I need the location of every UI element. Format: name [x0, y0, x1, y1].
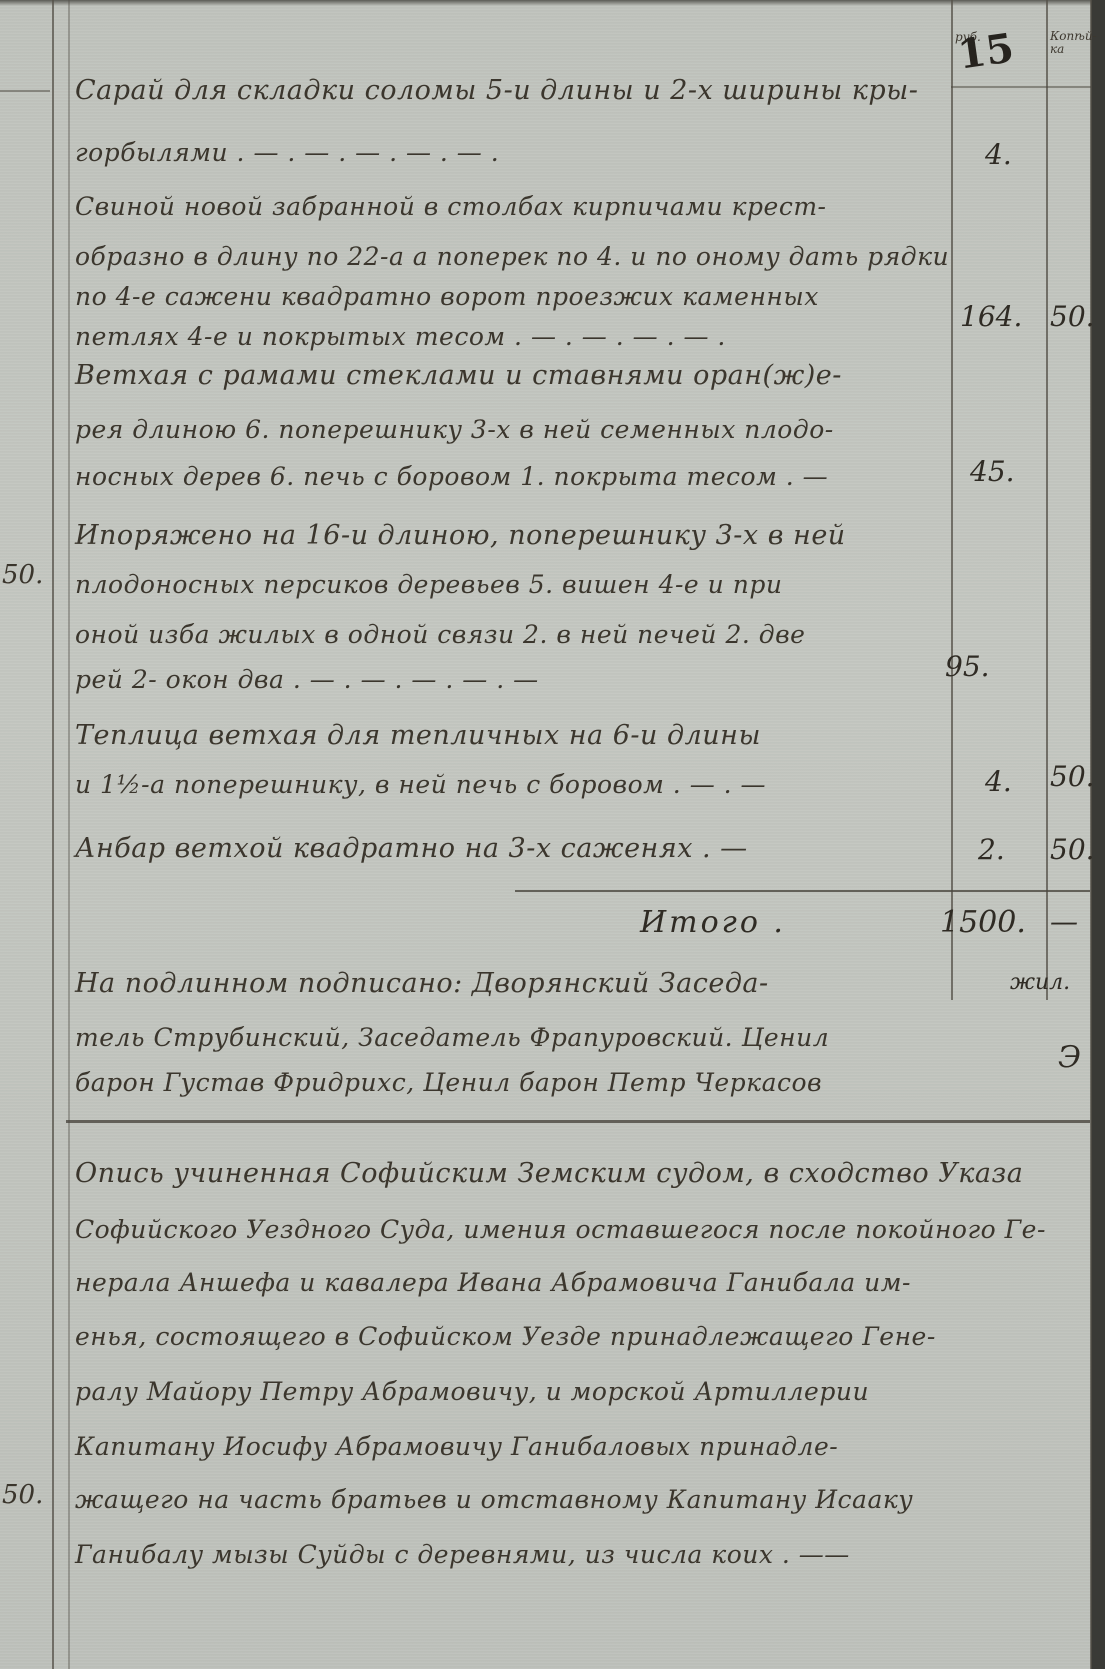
opis-line: Опись учиненная Софийским Земским судом,…	[75, 1158, 1023, 1189]
opis-line: Софийского Уездного Суда, имения оставше…	[75, 1215, 1046, 1244]
section-divider	[66, 1120, 1090, 1123]
manuscript-page: руб. Копѣй-ка 15 50. 50. Сарай для склад…	[0, 0, 1105, 1669]
left-margin-number: 50.	[2, 1480, 43, 1510]
entry-line: Теплица ветхая для тепличных на 6-и длин…	[75, 720, 761, 751]
total-rubles: 1500.	[940, 905, 1026, 940]
entry-line: петлях 4-е и покрытых тесом . — . — . — …	[75, 322, 726, 351]
page-top-shadow	[0, 0, 1105, 6]
opis-line: жащего на часть братьев и отставному Кап…	[75, 1485, 913, 1514]
left-margin-rule	[52, 0, 54, 1669]
opis-line: Ганибалу мызы Суйды с деревнями, из числ…	[75, 1540, 850, 1569]
entry-line: Ветхая с рамами стеклами и ставнями оран…	[75, 360, 842, 391]
gutter-rule	[68, 0, 70, 1669]
header-underline	[951, 86, 1091, 88]
opis-line: нерала Аншефа и кавалера Ивана Абрамович…	[75, 1268, 911, 1297]
signature-line: На подлинном подписано: Дворянский Засед…	[75, 968, 769, 999]
entry-line: и 1½-а поперешнику, в ней печь с боровом…	[75, 770, 766, 799]
entry-rubles: 4.	[985, 765, 1012, 798]
total-label: Итого .	[640, 905, 786, 940]
entry-line: горбылями . — . — . — . — . — .	[75, 138, 499, 167]
total-kopecks: —	[1050, 905, 1078, 938]
entry-rubles: 4.	[985, 138, 1012, 171]
entry-line: Сарай для складки соломы 5-и длины и 2-х…	[75, 75, 918, 106]
signature-line: барон Густав Фридрихс, Ценил барон Петр …	[75, 1068, 822, 1097]
entry-rubles: 95.	[945, 650, 990, 683]
entry-rubles: 164.	[960, 300, 1022, 333]
entry-rubles: 45.	[970, 455, 1015, 488]
opis-line: ралу Майору Петру Абрамовичу, и морской …	[75, 1377, 869, 1406]
entry-line: рей 2- окон два . — . — . — . — . —	[75, 665, 539, 694]
entry-line: по 4-е сажени квадратно ворот проезжих к…	[75, 282, 819, 311]
left-margin-number: 50.	[2, 560, 43, 590]
entry-line: плодоносных персиков деревьев 5. вишен 4…	[75, 570, 782, 599]
entry-line: носных дерев 6. печь с боровом 1. покрыт…	[75, 462, 828, 491]
rubles-column-rule	[951, 0, 953, 1000]
opis-line: Капитану Иосифу Абрамовичу Ганибаловых п…	[75, 1432, 838, 1461]
side-mark: Э	[1058, 1040, 1081, 1075]
opis-line: енья, состоящего в Софийском Уезде прина…	[75, 1322, 936, 1351]
kopecks-column-rule	[1046, 0, 1048, 1000]
entry-line: Ипоряжено на 16-и длиною, поперешнику 3-…	[75, 520, 846, 551]
total-rule	[515, 890, 1090, 892]
entry-kopecks: 50.	[1050, 760, 1095, 793]
entry-kopecks: 50.	[1050, 300, 1095, 333]
signature-line: тель Струбинский, Заседатель Фрапуровски…	[75, 1023, 829, 1052]
entry-line: рея длиною 6. поперешнику 3-х в ней семе…	[75, 415, 834, 444]
kopecks-column-header: Копѣй-ка	[1050, 30, 1088, 56]
entry-line: Свиной новой забранной в столбах кирпича…	[75, 192, 827, 221]
entry-kopecks: 50.	[1050, 833, 1095, 866]
entry-line: оной изба жилых в одной связи 2. в ней п…	[75, 620, 805, 649]
entry-line: Анбар ветхой квадратно на 3-х саженях . …	[75, 833, 748, 864]
folio-number: 15	[955, 24, 1017, 78]
entry-line: образно в длину по 22-а а поперек по 4. …	[75, 242, 949, 271]
margin-note: жил.	[1010, 970, 1070, 995]
left-page-rule	[0, 90, 50, 92]
entry-rubles: 2.	[978, 833, 1005, 866]
